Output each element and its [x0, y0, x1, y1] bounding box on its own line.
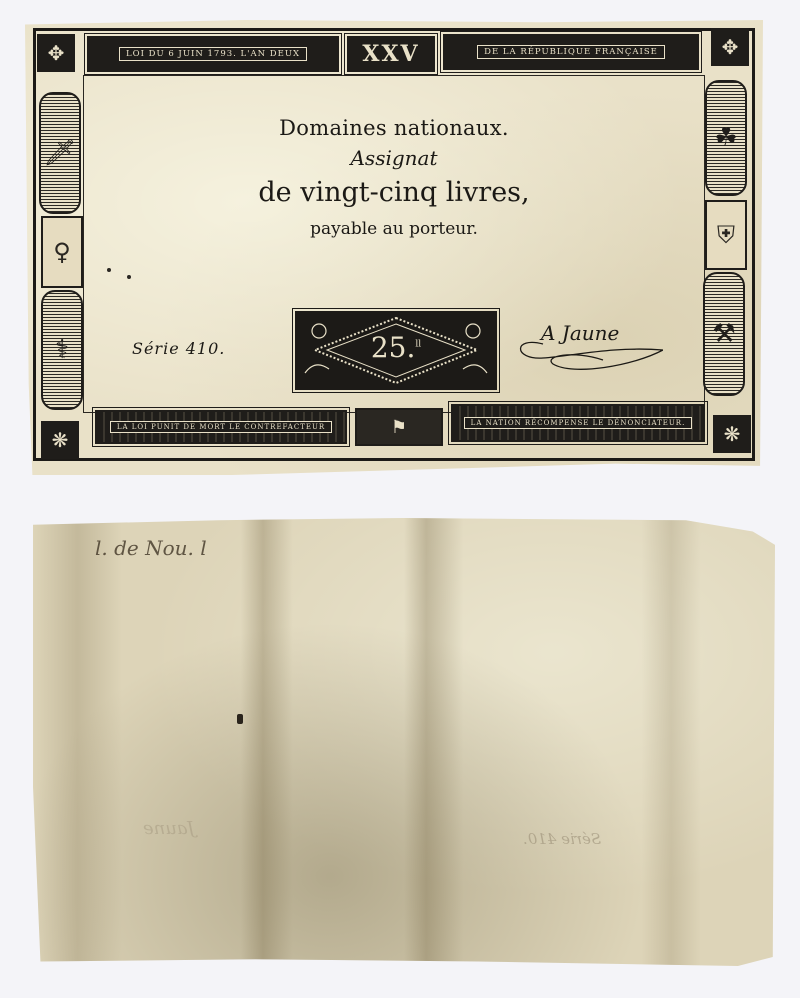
ink-dot — [107, 268, 111, 272]
signature-jaune: A Jaune — [513, 316, 663, 376]
corner-ornament-bottom-right-icon: ❋ — [713, 415, 751, 453]
ink-spot — [237, 714, 243, 724]
top-left-band: LOI DU 6 JUIN 1793. L'AN DEUX — [87, 36, 339, 72]
ghost-serie-showthrough: Série 410. — [523, 830, 601, 848]
subheading-assignat: Assignat — [25, 146, 763, 170]
roman-numeral: XXV — [362, 41, 419, 67]
ink-dot — [127, 275, 131, 279]
corner-ornament-top-left-icon: ✥ — [37, 34, 75, 72]
payable-text: payable au porteur. — [25, 219, 763, 239]
banknote-back: l. de Nou. l Jaune Série 410. — [33, 518, 775, 966]
corner-ornament-top-right-icon: ✥ — [711, 28, 749, 66]
bottom-left-band: LA LOI PUNIT DE MORT LE CONTREFACTEUR — [95, 410, 347, 444]
corner-ornament-bottom-left-icon: ❋ — [41, 421, 79, 459]
republic-text: DE LA RÉPUBLIQUE FRANÇAISE — [477, 45, 665, 59]
amount-text: de vingt-cinq livres, — [25, 177, 763, 208]
revolutionary-scene-icon: ⚑ — [355, 408, 443, 446]
banknote-front: ✥ ✥ ❋ ❋ LOI DU 6 JUIN 1793. L'AN DEUX XX… — [25, 20, 763, 475]
denomination-roman-band: XXV — [347, 36, 435, 72]
law-date-text: LOI DU 6 JUIN 1793. L'AN DEUX — [119, 47, 307, 61]
value-numeral: 25.ll — [297, 331, 495, 364]
serpent-mirror-icon: ⚕ — [41, 290, 83, 410]
counterfeit-warning-text: LA LOI PUNIT DE MORT LE CONTREFACTEUR — [110, 421, 332, 433]
value-text: 25. — [371, 331, 416, 364]
heading-domaines: Domaines nationaux. — [25, 116, 763, 140]
top-right-band: DE LA RÉPUBLIQUE FRANÇAISE — [443, 34, 699, 70]
ghost-signature-showthrough: Jaune — [143, 818, 195, 839]
svg-text:A Jaune: A Jaune — [539, 321, 619, 345]
handwritten-inscription: l. de Nou. l — [95, 536, 207, 560]
value-cartouche: 25.ll — [295, 311, 497, 390]
reward-informer-text: LA NATION RÉCOMPENSE LE DÉNONCIATEUR. — [464, 417, 693, 429]
fasces-icon: ⚒ — [703, 272, 745, 396]
serie-number: Série 410. — [132, 339, 225, 358]
value-superscript: ll — [415, 340, 421, 350]
bottom-right-band: LA NATION RÉCOMPENSE LE DÉNONCIATEUR. — [451, 404, 705, 442]
